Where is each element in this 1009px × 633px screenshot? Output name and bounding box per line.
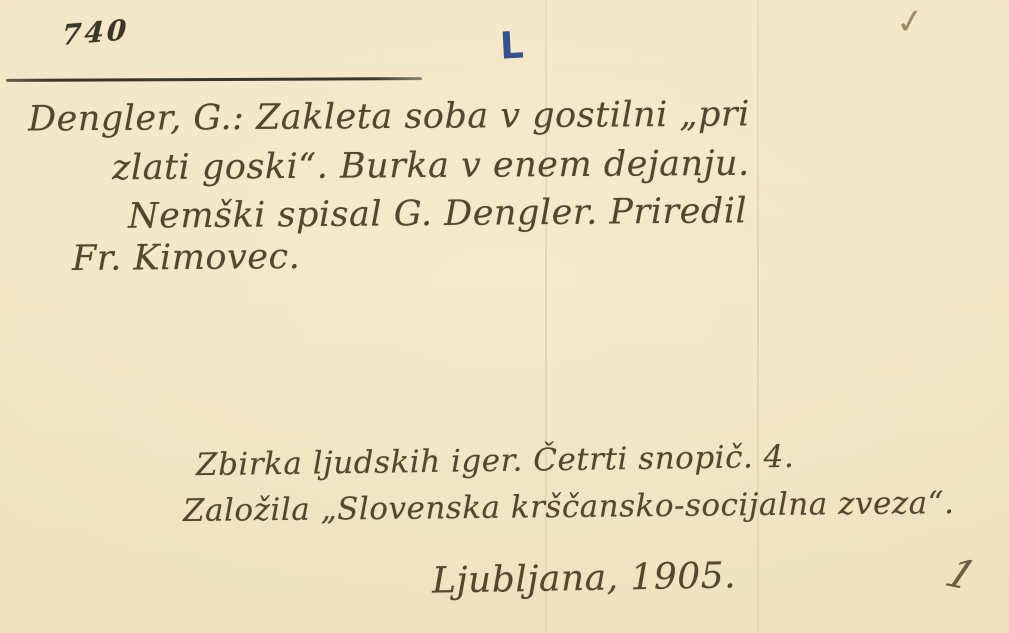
check-mark-icon: ✓ xyxy=(893,0,927,44)
catalog-card: 740 L ✓ Dengler, G.: Zakleta soba v gost… xyxy=(0,0,1009,633)
entry-title-line-1: Dengler, G.: Zakleta soba v gostilni „pr… xyxy=(28,94,750,139)
copy-number: 1 xyxy=(939,551,984,599)
series-statement-line-1: Zbirka ljudskih iger. Četrti snopič. 4. xyxy=(196,439,795,483)
header-rule xyxy=(6,77,422,82)
blue-letter-mark: L xyxy=(499,23,525,67)
entry-title-line-2: zlati goski“. Burka v enem dejanju. xyxy=(112,144,750,188)
series-statement-line-2: Založila „Slovenska krščansko-socijalna … xyxy=(183,485,955,529)
catalog-number: 740 xyxy=(61,13,130,52)
entry-editor-line: Fr. Kimovec. xyxy=(72,237,301,279)
imprint-place-year: Ljubljana, 1905. xyxy=(432,555,737,601)
paper-crease-right xyxy=(757,0,759,633)
entry-author-line: Nemški spisal G. Dengler. Priredil xyxy=(128,191,747,236)
